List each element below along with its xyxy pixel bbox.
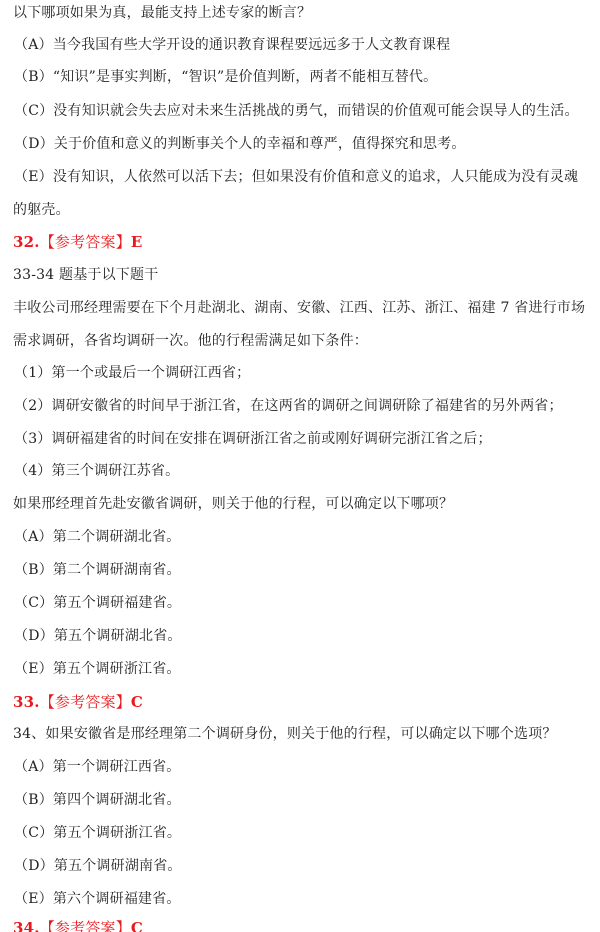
q32-stem: 以下哪项如果为真，最能支持上述专家的断言？: [13, 3, 311, 23]
q34-option-a: （A）第一个调研江西省。: [14, 757, 181, 777]
q32-option-b: （B）“知识”是事实判断，“智识”是价值判断，两者不能相互替代。: [14, 67, 437, 87]
q34-option-d: （D）第五个调研湖南省。: [14, 856, 182, 876]
condition-3: （3）调研福建省的时间在安排在调研浙江省之前或刚好调研完浙江省之后；: [14, 429, 492, 449]
answer-number: 34.: [13, 919, 40, 932]
q34-stem: 34、如果安徽省是邢经理第二个调研身份，则关于他的行程，可以确定以下哪个选项？: [13, 724, 557, 744]
q33-option-c: （C）第五个调研福建省。: [14, 593, 181, 613]
condition-4: （4）第三个调研江苏省。: [14, 461, 179, 481]
condition-1: （1）第一个或最后一个调研江西省；: [14, 363, 250, 383]
answer-value: E: [131, 233, 143, 251]
q34-answer: 34.【参考答案】C: [13, 918, 143, 932]
q32-option-e: （E）没有知识，人依然可以活下去；但如果没有价值和意义的追求，人只能成为没有灵魂: [14, 167, 578, 187]
answer-number: 33.: [13, 693, 40, 711]
answer-value: C: [131, 919, 143, 932]
q34-option-e: （E）第六个调研福建省。: [14, 889, 181, 909]
condition-2: （2）调研安徽省的时间早于浙江省，在这两省的调研之间调研除了福建省的另外两省；: [14, 396, 563, 416]
answer-value: C: [131, 693, 143, 711]
q33-answer: 33.【参考答案】C: [13, 692, 143, 712]
passage-body-line-1: 丰收公司邢经理需要在下个月赴湖北、湖南、安徽、江西、江苏、浙江、福建 7 省进行…: [13, 298, 585, 318]
answer-label: 【参考答案】: [40, 919, 131, 932]
q33-stem: 如果邢经理首先赴安徽省调研，则关于他的行程，可以确定以下哪项？: [13, 494, 453, 514]
answer-number: 32.: [13, 233, 40, 251]
answer-label: 【参考答案】: [40, 233, 131, 251]
q34-option-b: （B）第四个调研湖北省。: [14, 790, 181, 810]
passage-heading: 33-34 题基于以下题干: [13, 265, 158, 285]
answer-label: 【参考答案】: [40, 693, 131, 711]
q33-option-a: （A）第二个调研湖北省。: [14, 527, 181, 547]
q33-option-b: （B）第二个调研湖南省。: [14, 560, 181, 580]
q33-option-d: （D）第五个调研湖北省。: [14, 626, 182, 646]
q32-option-d: （D）关于价值和意义的判断事关个人的幸福和尊严，值得探究和思考。: [14, 134, 466, 154]
q34-option-c: （C）第五个调研浙江省。: [14, 823, 181, 843]
q32-option-a: （A）当今我国有些大学开设的通识教育课程要远远多于人文教育课程: [14, 35, 450, 55]
q32-option-c: （C）没有知识就会失去应对未来生活挑战的勇气，而错误的价值观可能会误导人的生活。: [14, 101, 579, 121]
q32-option-e-cont: 的躯壳。: [13, 200, 70, 220]
q33-option-e: （E）第五个调研浙江省。: [14, 659, 181, 679]
passage-body-line-2: 需求调研，各省均调研一次。他的行程需满足如下条件：: [13, 331, 368, 351]
q32-answer: 32.【参考答案】E: [13, 232, 143, 252]
